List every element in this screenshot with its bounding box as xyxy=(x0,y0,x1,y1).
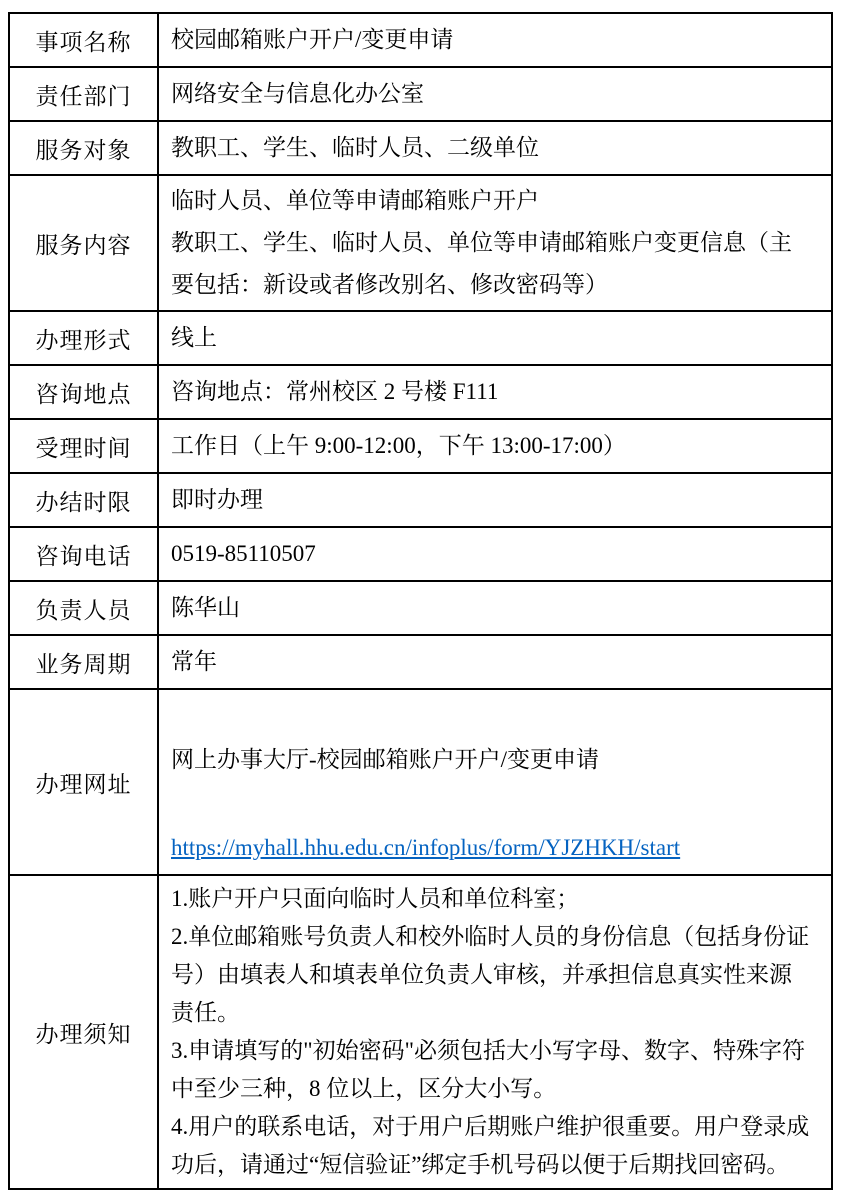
table-row-completion-limit: 办结时限 即时办理 xyxy=(9,473,832,527)
row-value-application-url: 网上办事大厅-校园邮箱账户开户/变更申请 https://myhall.hhu.… xyxy=(158,689,832,875)
row-label-completion-limit: 办结时限 xyxy=(9,473,158,527)
row-value-responsible-person: 陈华山 xyxy=(158,581,832,635)
application-url-link[interactable]: https://myhall.hhu.edu.cn/infoplus/form/… xyxy=(171,835,680,860)
table-row-accept-time: 受理时间 工作日（上午 9:00-12:00，下午 13:00-17:00） xyxy=(9,419,832,473)
row-label-business-cycle: 业务周期 xyxy=(9,635,158,689)
table-row-consult-phone: 咨询电话 0519-85110507 xyxy=(9,527,832,581)
row-label-accept-time: 受理时间 xyxy=(9,419,158,473)
row-label-processing-mode: 办理形式 xyxy=(9,311,158,365)
row-value-completion-limit: 即时办理 xyxy=(158,473,832,527)
table-row-responsible-person: 负责人员 陈华山 xyxy=(9,581,832,635)
row-label-consult-location: 咨询地点 xyxy=(9,365,158,419)
portal-name-text: 网上办事大厅-校园邮箱账户开户/变更申请 xyxy=(171,738,819,782)
table-row-department: 责任部门 网络安全与信息化办公室 xyxy=(9,67,832,121)
row-value-notes: 1.账户开户只面向临时人员和单位科室； 2.单位邮箱账号负责人和校外临时人员的身… xyxy=(158,875,832,1189)
row-label-service-target: 服务对象 xyxy=(9,121,158,175)
service-info-table: 事项名称 校园邮箱账户开户/变更申请 责任部门 网络安全与信息化办公室 服务对象… xyxy=(8,12,833,1190)
table-row-processing-mode: 办理形式 线上 xyxy=(9,311,832,365)
table-row-service-target: 服务对象 教职工、学生、临时人员、二级单位 xyxy=(9,121,832,175)
row-label-responsible-person: 负责人员 xyxy=(9,581,158,635)
row-value-business-cycle: 常年 xyxy=(158,635,832,689)
row-label-notes: 办理须知 xyxy=(9,875,158,1189)
table-row-business-cycle: 业务周期 常年 xyxy=(9,635,832,689)
row-value-consult-location: 咨询地点：常州校区 2 号楼 F111 xyxy=(158,365,832,419)
row-label-consult-phone: 咨询电话 xyxy=(9,527,158,581)
row-label-item-name: 事项名称 xyxy=(9,13,158,67)
service-info-document: 事项名称 校园邮箱账户开户/变更申请 责任部门 网络安全与信息化办公室 服务对象… xyxy=(8,12,833,1190)
table-row-service-content: 服务内容 临时人员、单位等申请邮箱账户开户 教职工、学生、临时人员、单位等申请邮… xyxy=(9,175,832,311)
row-value-processing-mode: 线上 xyxy=(158,311,832,365)
table-row-application-url: 办理网址 网上办事大厅-校园邮箱账户开户/变更申请 https://myhall… xyxy=(9,689,832,875)
row-value-department: 网络安全与信息化办公室 xyxy=(158,67,832,121)
table-row-item-name: 事项名称 校园邮箱账户开户/变更申请 xyxy=(9,13,832,67)
row-value-service-content: 临时人员、单位等申请邮箱账户开户 教职工、学生、临时人员、单位等申请邮箱账户变更… xyxy=(158,175,832,311)
table-row-notes: 办理须知 1.账户开户只面向临时人员和单位科室； 2.单位邮箱账号负责人和校外临… xyxy=(9,875,832,1189)
row-label-application-url: 办理网址 xyxy=(9,689,158,875)
row-label-department: 责任部门 xyxy=(9,67,158,121)
row-value-service-target: 教职工、学生、临时人员、二级单位 xyxy=(158,121,832,175)
row-value-item-name: 校园邮箱账户开户/变更申请 xyxy=(158,13,832,67)
table-row-consult-location: 咨询地点 咨询地点：常州校区 2 号楼 F111 xyxy=(9,365,832,419)
row-value-accept-time: 工作日（上午 9:00-12:00，下午 13:00-17:00） xyxy=(158,419,832,473)
row-label-service-content: 服务内容 xyxy=(9,175,158,311)
row-value-consult-phone: 0519-85110507 xyxy=(158,527,832,581)
